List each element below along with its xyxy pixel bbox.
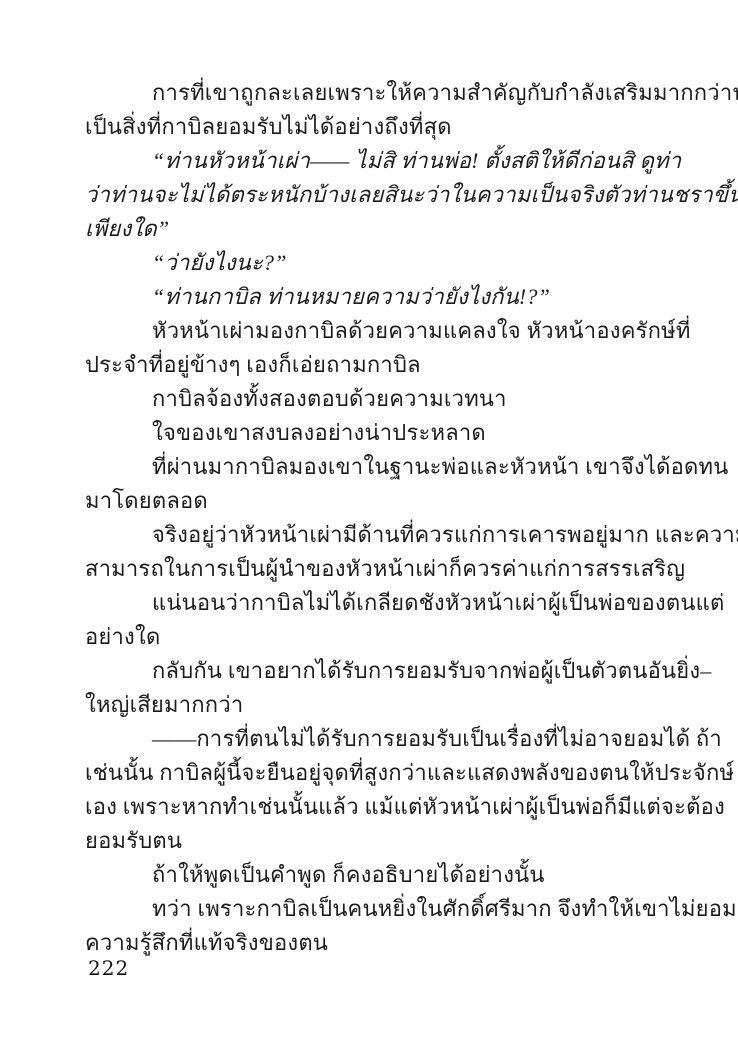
text-line: กลับกัน เขาอยากได้รับการยอมรับจากพ่อผู้เ…: [85, 654, 663, 688]
text-line: ทว่า เพราะกาบิลเป็นคนหยิ่งในศักดิ์ศรีมาก…: [85, 892, 663, 926]
text-line: อย่างใด: [85, 620, 663, 654]
text-line: “ว่ายังไงนะ?”: [85, 246, 663, 280]
paragraph: จริงอยู่ว่าหัวหน้าเผ่ามีด้านที่ควรแก่การ…: [85, 518, 663, 586]
text-line: ว่าท่านจะไม่ได้ตระหนักบ้างเลยสินะว่าในคว…: [85, 178, 663, 212]
dialogue-paragraph: “ท่านกาบิล ท่านหมายความว่ายังไงกัน!?”: [85, 280, 663, 314]
text-line: เช่นนั้น กาบิลผู้นี้จะยืนอยู่จุดที่สูงกว…: [85, 756, 663, 790]
text-line: มาโดยตลอด: [85, 484, 663, 518]
text-line: ยอมรับตน: [85, 824, 663, 858]
text-line: หัวหน้าเผ่ามองกาบิลด้วยความแคลงใจ หัวหน้…: [85, 314, 663, 348]
text-line: “ท่านหัวหน้าเผ่า—— ไม่สิ ท่านพ่อ! ตั้งสต…: [85, 144, 663, 178]
text-line: ความรู้สึกที่แท้จริงของตน: [85, 926, 663, 960]
dialogue-paragraph: “ว่ายังไงนะ?”: [85, 246, 663, 280]
page-text: การที่เขาถูกละเลยเพราะให้ความสำคัญกับกำล…: [85, 76, 663, 960]
paragraph: ทว่า เพราะกาบิลเป็นคนหยิ่งในศักดิ์ศรีมาก…: [85, 892, 663, 960]
paragraph: ที่ผ่านมากาบิลมองเขาในฐานะพ่อและหัวหน้า …: [85, 450, 663, 518]
text-line: ใจของเขาสงบลงอย่างน่าประหลาด: [85, 416, 663, 450]
paragraph: ใจของเขาสงบลงอย่างน่าประหลาด: [85, 416, 663, 450]
text-line: ใหญ่เสียมากกว่า: [85, 688, 663, 722]
paragraph: หัวหน้าเผ่ามองกาบิลด้วยความแคลงใจ หัวหน้…: [85, 314, 663, 382]
paragraph: การที่เขาถูกละเลยเพราะให้ความสำคัญกับกำล…: [85, 76, 663, 144]
text-line: ที่ผ่านมากาบิลมองเขาในฐานะพ่อและหัวหน้า …: [85, 450, 663, 484]
page-number: 222: [88, 956, 129, 980]
text-line: การที่เขาถูกละเลยเพราะให้ความสำคัญกับกำล…: [85, 76, 663, 110]
paragraph: ถ้าให้พูดเป็นคำพูด ก็คงอธิบายได้อย่างนั้…: [85, 858, 663, 892]
book-page: { "page": { "number": "222", "background…: [0, 0, 738, 1051]
paragraph: กลับกัน เขาอยากได้รับการยอมรับจากพ่อผู้เ…: [85, 654, 663, 722]
paragraph: แน่นอนว่ากาบิลไม่ได้เกลียดชังหัวหน้าเผ่า…: [85, 586, 663, 654]
paragraph: ——การที่ตนไม่ได้รับการยอมรับเป็นเรื่องที…: [85, 722, 663, 858]
text-line: ประจำที่อยู่ข้างๆ เองก็เอ่ยถามกาบิล: [85, 348, 663, 382]
paragraph: กาบิลจ้องทั้งสองตอบด้วยความเวทนา: [85, 382, 663, 416]
text-line: “ท่านกาบิล ท่านหมายความว่ายังไงกัน!?”: [85, 280, 663, 314]
text-line: เพียงใด”: [85, 212, 663, 246]
text-line: สามารถในการเป็นผู้นำของหัวหน้าเผ่าก็ควรค…: [85, 552, 663, 586]
text-line: เป็นสิ่งที่กาบิลยอมรับไม่ได้อย่างถึงที่ส…: [85, 110, 663, 144]
text-line: กาบิลจ้องทั้งสองตอบด้วยความเวทนา: [85, 382, 663, 416]
dialogue-paragraph: “ท่านหัวหน้าเผ่า—— ไม่สิ ท่านพ่อ! ตั้งสต…: [85, 144, 663, 246]
text-line: ถ้าให้พูดเป็นคำพูด ก็คงอธิบายได้อย่างนั้…: [85, 858, 663, 892]
text-line: แน่นอนว่ากาบิลไม่ได้เกลียดชังหัวหน้าเผ่า…: [85, 586, 663, 620]
text-line: ——การที่ตนไม่ได้รับการยอมรับเป็นเรื่องที…: [85, 722, 663, 756]
text-line: เอง เพราะหากทำเช่นนั้นแล้ว แม้แต่หัวหน้า…: [85, 790, 663, 824]
text-line: จริงอยู่ว่าหัวหน้าเผ่ามีด้านที่ควรแก่การ…: [85, 518, 663, 552]
